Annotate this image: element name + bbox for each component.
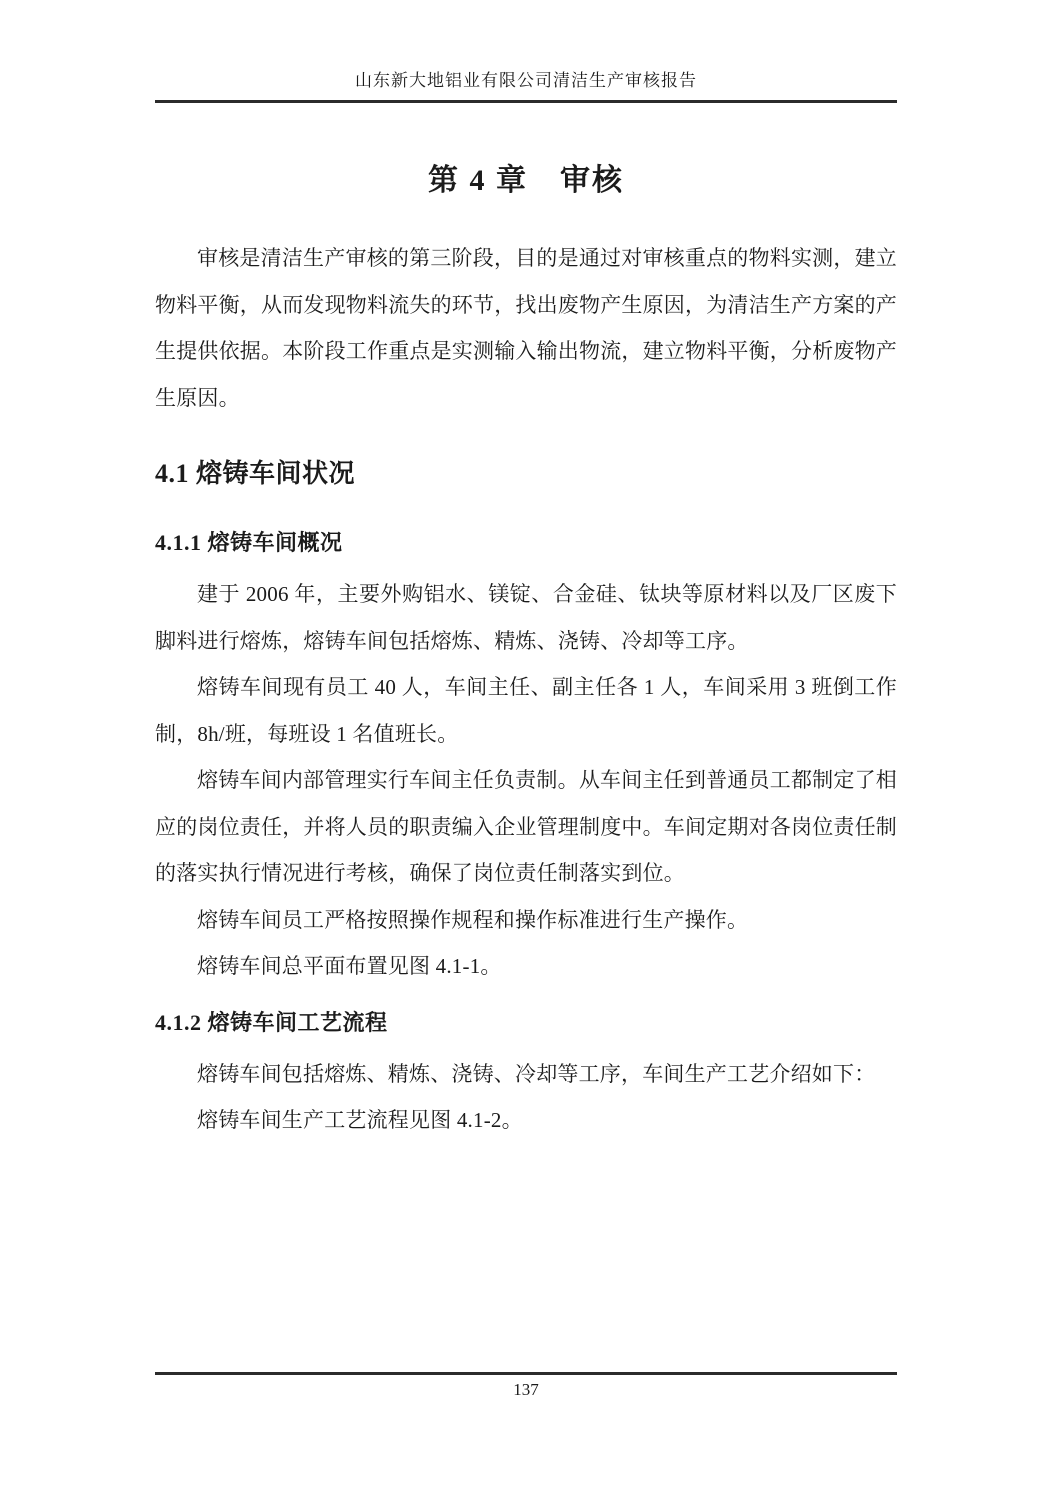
section-heading-4-1: 4.1 熔铸车间状况 — [155, 453, 897, 490]
intro-paragraph: 审核是清洁生产审核的第三阶段，目的是通过对审核重点的物料实测，建立物料平衡，从而… — [155, 235, 897, 421]
paragraph: 熔铸车间现有员工 40 人，车间主任、副主任各 1 人，车间采用 3 班倒工作制… — [155, 664, 897, 757]
subsection-heading-4-1-1: 4.1.1 熔铸车间概况 — [155, 526, 897, 557]
page-footer: 137 — [155, 1372, 897, 1400]
subsection-heading-4-1-2: 4.1.2 熔铸车间工艺流程 — [155, 1006, 897, 1037]
body-text: 审核是清洁生产审核的第三阶段，目的是通过对审核重点的物料实测，建立物料平衡，从而… — [155, 235, 897, 1144]
paragraph: 熔铸车间生产工艺流程见图 4.1-2。 — [155, 1097, 897, 1144]
page-number: 137 — [513, 1380, 539, 1400]
paragraph: 熔铸车间内部管理实行车间主任负责制。从车间主任到普通员工都制定了相应的岗位责任，… — [155, 757, 897, 897]
document-page: 山东新大地铝业有限公司清洁生产审核报告 第 4 章 审核 审核是清洁生产审核的第… — [0, 0, 1050, 1485]
chapter-title: 第 4 章 审核 — [155, 155, 897, 199]
paragraph: 熔铸车间总平面布置见图 4.1-1。 — [155, 943, 897, 990]
paragraph: 熔铸车间包括熔炼、精炼、浇铸、冷却等工序，车间生产工艺介绍如下： — [155, 1051, 897, 1098]
paragraph: 熔铸车间员工严格按照操作规程和操作标准进行生产操作。 — [155, 897, 897, 944]
paragraph: 建于 2006 年，主要外购铝水、镁锭、合金硅、钛块等原材料以及厂区废下脚料进行… — [155, 571, 897, 664]
running-header: 山东新大地铝业有限公司清洁生产审核报告 — [155, 0, 897, 103]
page-content: 山东新大地铝业有限公司清洁生产审核报告 第 4 章 审核 审核是清洁生产审核的第… — [155, 0, 897, 1144]
